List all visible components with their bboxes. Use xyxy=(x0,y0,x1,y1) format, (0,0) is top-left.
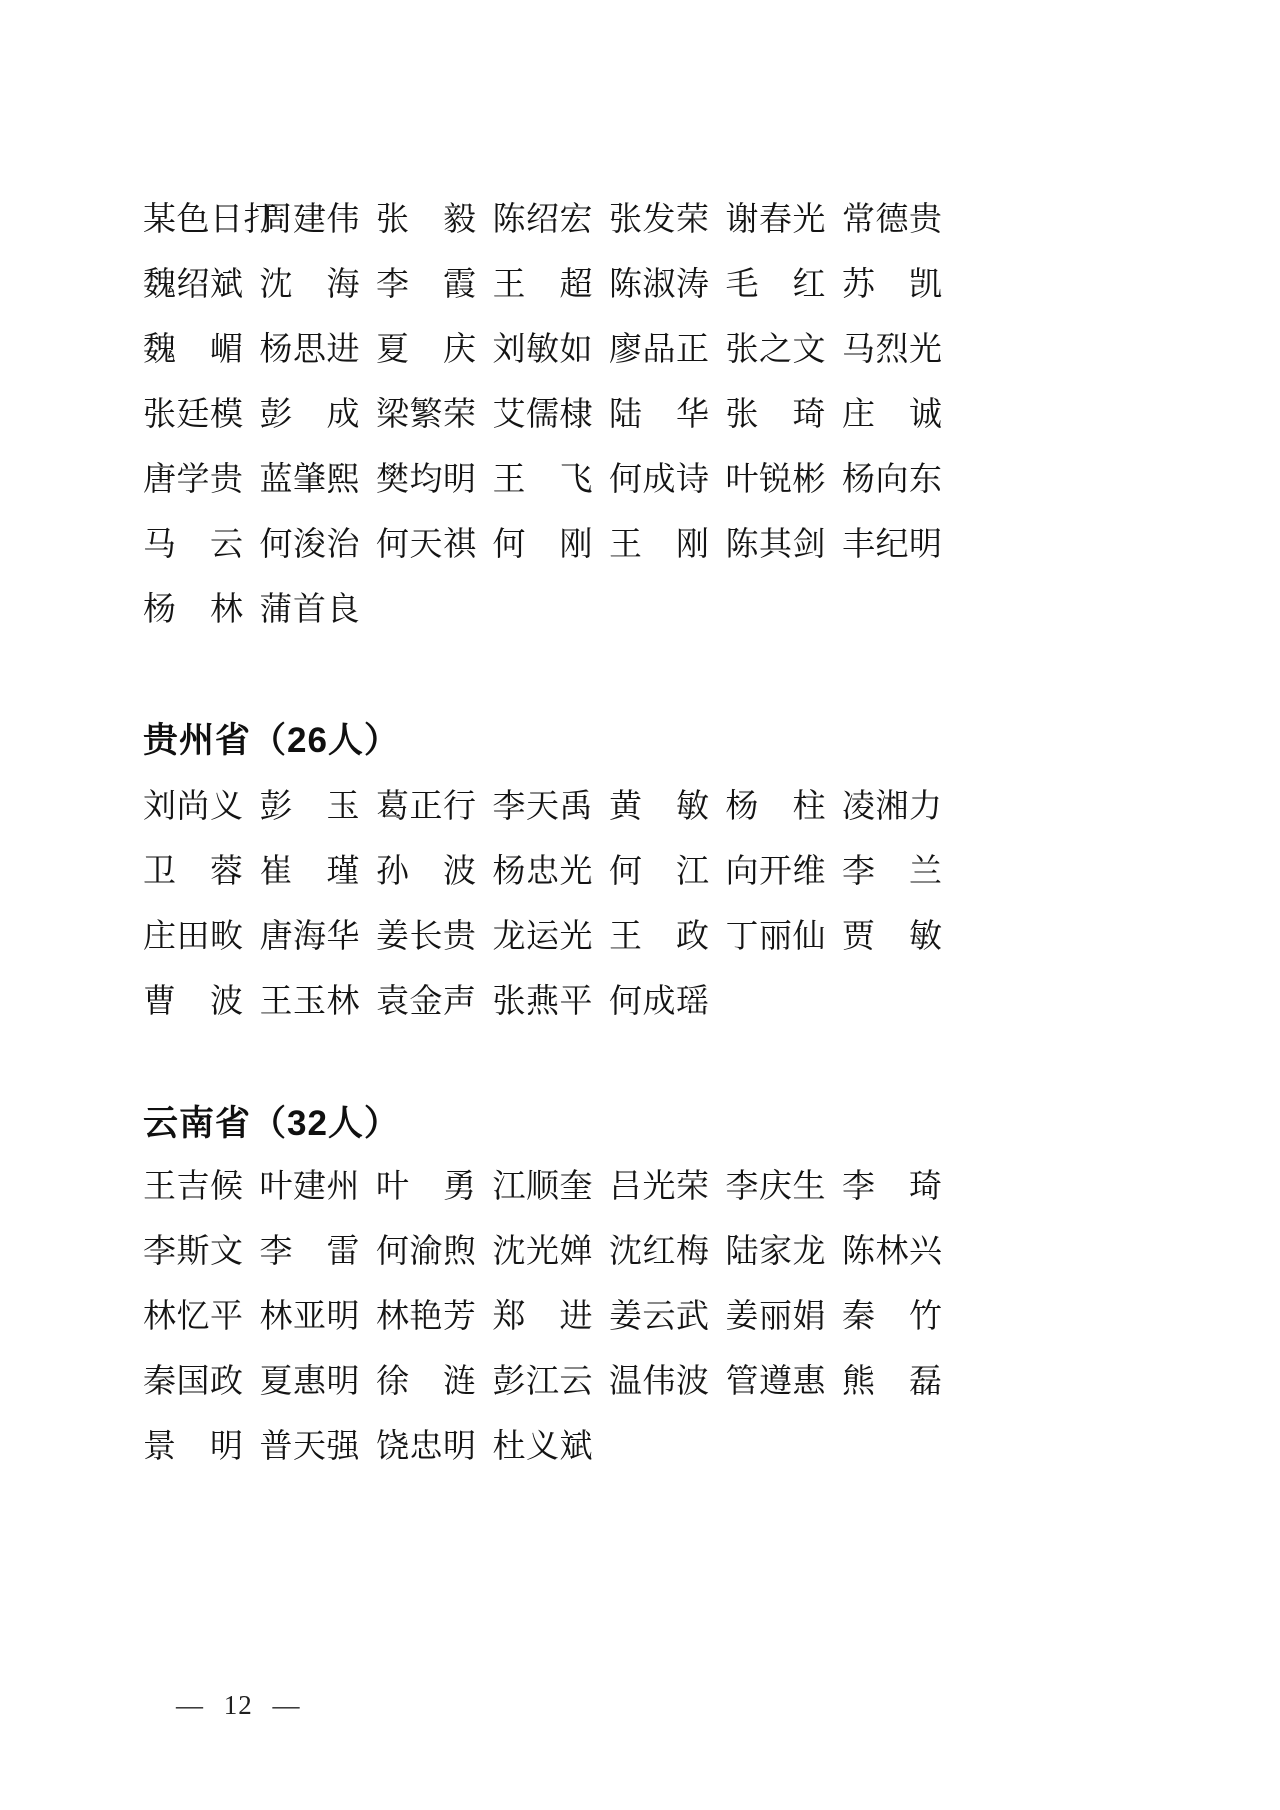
person-name: 王 飞 xyxy=(493,463,610,498)
person-name: 姜云武 xyxy=(609,1300,726,1335)
person-name: 景 明 xyxy=(143,1430,260,1465)
person-name: 杨思进 xyxy=(260,333,377,368)
person-name: 刘尚义 xyxy=(143,790,260,825)
person-name: 叶锐彬 xyxy=(726,463,843,498)
person-name: 叶建州 xyxy=(260,1170,377,1205)
section-rows-yunnan: 王吉候叶建州叶 勇江顺奎吕光荣李庆生李 琦李斯文李 雷何渝煦沈光婵沈红梅陆家龙陈… xyxy=(143,1170,1203,1495)
person-name: 温伟波 xyxy=(609,1365,726,1400)
person-name: 林忆平 xyxy=(143,1300,260,1335)
name-row: 卫 蓉崔 瑾孙 波杨忠光何 江向开维李 兰 xyxy=(143,855,1203,920)
person-name: 普天强 xyxy=(260,1430,377,1465)
person-name: 庄 诚 xyxy=(842,398,959,433)
name-row: 魏绍斌沈 海李 霞王 超陈淑涛毛 红苏 凯 xyxy=(143,268,1203,333)
person-name: 某色日打 xyxy=(143,203,260,238)
person-name: 李庆生 xyxy=(726,1170,843,1205)
person-name: 魏 嵋 xyxy=(143,333,260,368)
person-name: 王吉候 xyxy=(143,1170,260,1205)
page-number: — 12 — xyxy=(176,1692,301,1719)
person-name: 秦国政 xyxy=(143,1365,260,1400)
person-name: 唐海华 xyxy=(260,920,377,955)
person-name: 张 琦 xyxy=(726,398,843,433)
person-name: 郑 进 xyxy=(493,1300,610,1335)
name-row: 张廷模彭 成梁繁荣艾儒棣陆 华张 琦庄 诚 xyxy=(143,398,1203,463)
person-name: 张之文 xyxy=(726,333,843,368)
person-name: 饶忠明 xyxy=(376,1430,493,1465)
person-name: 陈林兴 xyxy=(842,1235,959,1270)
person-name: 李天禹 xyxy=(493,790,610,825)
person-name: 张发荣 xyxy=(609,203,726,238)
person-name: 陈淑涛 xyxy=(609,268,726,303)
name-row: 马 云何浚治何天祺何 刚王 刚陈其剑丰纪明 xyxy=(143,528,1203,593)
person-name: 何渝煦 xyxy=(376,1235,493,1270)
person-name: 张 毅 xyxy=(376,203,493,238)
person-name: 陆家龙 xyxy=(726,1235,843,1270)
person-name: 林亚明 xyxy=(260,1300,377,1335)
person-name: 王 刚 xyxy=(609,528,726,563)
name-row: 秦国政夏惠明徐 涟彭江云温伟波管遵惠熊 磊 xyxy=(143,1365,1203,1430)
person-name: 夏惠明 xyxy=(260,1365,377,1400)
person-name: 蒲首良 xyxy=(260,593,377,628)
person-name: 葛正行 xyxy=(376,790,493,825)
person-name: 陆 华 xyxy=(609,398,726,433)
person-name: 彭江云 xyxy=(493,1365,610,1400)
name-row: 李斯文李 雷何渝煦沈光婵沈红梅陆家龙陈林兴 xyxy=(143,1235,1203,1300)
person-name: 廖品正 xyxy=(609,333,726,368)
person-name: 张燕平 xyxy=(493,985,610,1020)
person-name: 杨向东 xyxy=(842,463,959,498)
person-name: 王玉林 xyxy=(260,985,377,1020)
section-rows-guizhou: 刘尚义彭 玉葛正行李天禹黄 敏杨 柱凌湘力卫 蓉崔 瑾孙 波杨忠光何 江向开维李… xyxy=(143,790,1203,1050)
person-name: 彭 成 xyxy=(260,398,377,433)
person-name: 王 政 xyxy=(609,920,726,955)
person-name: 秦 竹 xyxy=(842,1300,959,1335)
name-row: 曹 波王玉林袁金声张燕平何成瑶 xyxy=(143,985,1203,1050)
person-name: 李 雷 xyxy=(260,1235,377,1270)
person-name: 江顺奎 xyxy=(493,1170,610,1205)
person-name: 李 霞 xyxy=(376,268,493,303)
person-name: 何 刚 xyxy=(493,528,610,563)
person-name: 丰纪明 xyxy=(842,528,959,563)
person-name: 杨忠光 xyxy=(493,855,610,890)
person-name: 艾儒棣 xyxy=(493,398,610,433)
name-row: 唐学贵蓝肇熙樊均明王 飞何成诗叶锐彬杨向东 xyxy=(143,463,1203,528)
person-name: 常德贵 xyxy=(842,203,959,238)
person-name: 何天祺 xyxy=(376,528,493,563)
person-name: 叶 勇 xyxy=(376,1170,493,1205)
person-name: 夏 庆 xyxy=(376,333,493,368)
person-name: 杨 柱 xyxy=(726,790,843,825)
person-name: 李 兰 xyxy=(842,855,959,890)
person-name: 陈其剑 xyxy=(726,528,843,563)
person-name: 李斯文 xyxy=(143,1235,260,1270)
person-name: 熊 磊 xyxy=(842,1365,959,1400)
person-name: 袁金声 xyxy=(376,985,493,1020)
person-name: 唐学贵 xyxy=(143,463,260,498)
name-row: 某色日打周建伟张 毅陈绍宏张发荣谢春光常德贵 xyxy=(143,203,1203,268)
person-name: 庄田畋 xyxy=(143,920,260,955)
person-name: 何浚治 xyxy=(260,528,377,563)
person-name: 管遵惠 xyxy=(726,1365,843,1400)
person-name: 孙 波 xyxy=(376,855,493,890)
person-name: 曹 波 xyxy=(143,985,260,1020)
name-row: 景 明普天强饶忠明杜义斌 xyxy=(143,1430,1203,1495)
person-name: 陈绍宏 xyxy=(493,203,610,238)
name-row: 刘尚义彭 玉葛正行李天禹黄 敏杨 柱凌湘力 xyxy=(143,790,1203,855)
person-name: 龙运光 xyxy=(493,920,610,955)
person-name: 王 超 xyxy=(493,268,610,303)
name-row: 杨 林蒲首良 xyxy=(143,593,1203,658)
person-name: 何成瑶 xyxy=(609,985,726,1020)
person-name: 蓝肇熙 xyxy=(260,463,377,498)
person-name: 向开维 xyxy=(726,855,843,890)
person-name: 姜长贵 xyxy=(376,920,493,955)
section-heading-yunnan: 云南省（32人） xyxy=(143,1106,400,1141)
person-name: 马烈光 xyxy=(842,333,959,368)
person-name: 徐 涟 xyxy=(376,1365,493,1400)
name-row: 林忆平林亚明林艳芳郑 进姜云武姜丽娟秦 竹 xyxy=(143,1300,1203,1365)
person-name: 沈 海 xyxy=(260,268,377,303)
person-name: 毛 红 xyxy=(726,268,843,303)
person-name: 周建伟 xyxy=(260,203,377,238)
person-name: 李 琦 xyxy=(842,1170,959,1205)
person-name: 何 江 xyxy=(609,855,726,890)
section-heading-guizhou: 贵州省（26人） xyxy=(143,723,400,758)
person-name: 张廷模 xyxy=(143,398,260,433)
person-name: 吕光荣 xyxy=(609,1170,726,1205)
document-page: 某色日打周建伟张 毅陈绍宏张发荣谢春光常德贵魏绍斌沈 海李 霞王 超陈淑涛毛 红… xyxy=(0,0,1280,1810)
person-name: 卫 蓉 xyxy=(143,855,260,890)
person-name: 苏 凯 xyxy=(842,268,959,303)
person-name: 贾 敏 xyxy=(842,920,959,955)
person-name: 丁丽仙 xyxy=(726,920,843,955)
person-name: 何成诗 xyxy=(609,463,726,498)
section-rows-previous-province-continued: 某色日打周建伟张 毅陈绍宏张发荣谢春光常德贵魏绍斌沈 海李 霞王 超陈淑涛毛 红… xyxy=(143,203,1203,658)
person-name: 马 云 xyxy=(143,528,260,563)
person-name: 沈光婵 xyxy=(493,1235,610,1270)
person-name: 杜义斌 xyxy=(493,1430,610,1465)
person-name: 刘敏如 xyxy=(493,333,610,368)
person-name: 谢春光 xyxy=(726,203,843,238)
name-row: 魏 嵋杨思进夏 庆刘敏如廖品正张之文马烈光 xyxy=(143,333,1203,398)
name-row: 庄田畋唐海华姜长贵龙运光王 政丁丽仙贾 敏 xyxy=(143,920,1203,985)
person-name: 凌湘力 xyxy=(842,790,959,825)
person-name: 樊均明 xyxy=(376,463,493,498)
person-name: 杨 林 xyxy=(143,593,260,628)
person-name: 魏绍斌 xyxy=(143,268,260,303)
person-name: 梁繁荣 xyxy=(376,398,493,433)
name-row: 王吉候叶建州叶 勇江顺奎吕光荣李庆生李 琦 xyxy=(143,1170,1203,1235)
person-name: 沈红梅 xyxy=(609,1235,726,1270)
person-name: 崔 瑾 xyxy=(260,855,377,890)
person-name: 彭 玉 xyxy=(260,790,377,825)
person-name: 林艳芳 xyxy=(376,1300,493,1335)
person-name: 姜丽娟 xyxy=(726,1300,843,1335)
person-name: 黄 敏 xyxy=(609,790,726,825)
